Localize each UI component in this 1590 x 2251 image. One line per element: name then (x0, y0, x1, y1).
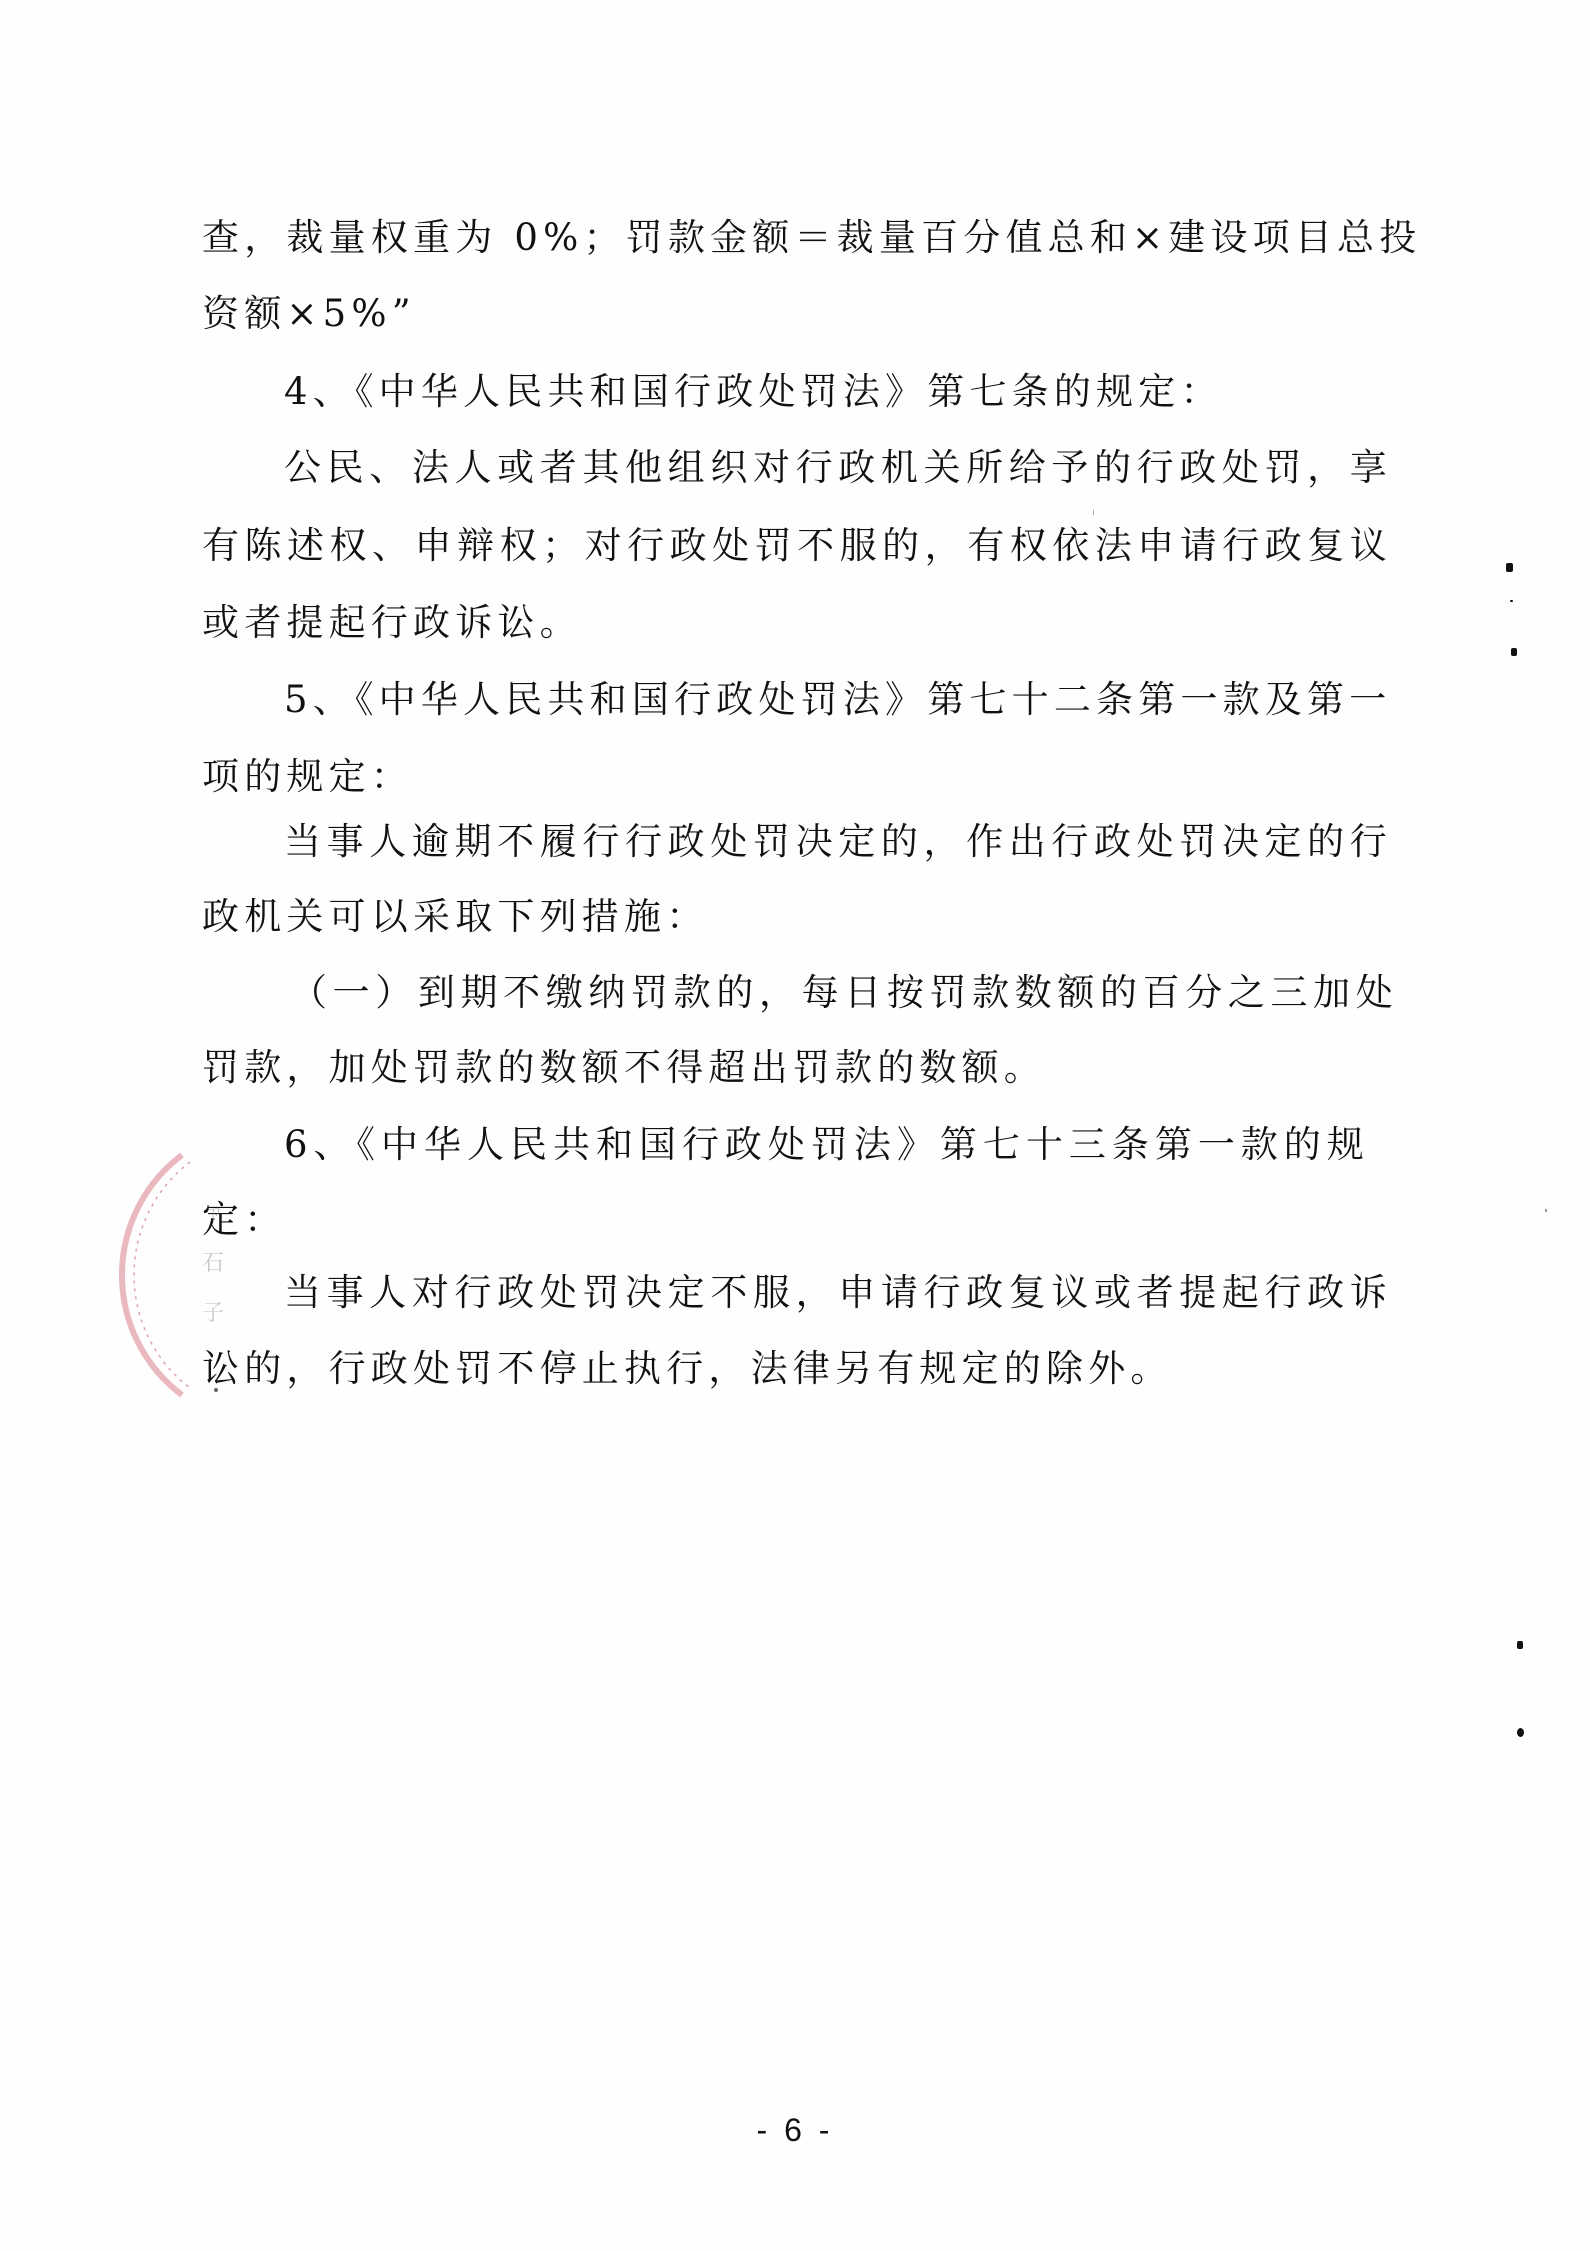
binding-mark (1511, 648, 1517, 656)
page-number: - 6 - (740, 2112, 850, 2149)
clause-5-text-line-1: 当事人逾期不履行行政处罚决定的，作出行政处罚决定的行 (284, 812, 1392, 872)
binding-mark (1517, 1728, 1524, 1737)
scan-speck (1093, 510, 1094, 515)
document-page: 查，裁量权重为 0%；罚款金额＝裁量百分值总和×建设项目总投 资额×5%” 4、… (0, 0, 1590, 2251)
svg-text:ㄗ: ㄗ (204, 1201, 224, 1225)
clause-5-heading-line-2: 项的规定： (202, 747, 1392, 807)
text-line-1: 查，裁量权重为 0%；罚款金额＝裁量百分值总和×建设项目总投 (202, 208, 1392, 268)
text-line-2: 资额×5%” (202, 284, 1392, 344)
clause-5-text-line-2: 政机关可以采取下列措施： (202, 887, 1392, 947)
clause-4-heading: 4、《中华人民共和国行政处罚法》第七条的规定： (284, 362, 1474, 422)
clause-4-text-line-3: 或者提起行政诉讼。 (202, 593, 1392, 653)
clause-4-text-line-1: 公民、法人或者其他组织对行政机关所给予的行政处罚，享 (284, 438, 1392, 498)
svg-text:石: 石 (202, 1251, 224, 1276)
clause-6-heading-line-2: 定： (202, 1190, 1392, 1250)
svg-text:子: 子 (202, 1301, 224, 1326)
clause-4-text-line-2: 有陈述权、申辩权；对行政处罚不服的，有权依法申请行政复议 (202, 516, 1392, 576)
official-seal-partial: ㄗ 石 子 (112, 1150, 252, 1400)
clause-6-text-line-2: 讼的，行政处罚不停止执行，法律另有规定的除外。 (202, 1339, 1392, 1399)
clause-5-item-1-line-2: 罚款，加处罚款的数额不得超出罚款的数额。 (202, 1038, 1392, 1098)
scan-speck (1545, 1209, 1547, 1212)
binding-mark (1506, 563, 1513, 572)
clause-5-heading-line-1: 5、《中华人民共和国行政处罚法》第七十二条第一款及第一 (284, 670, 1384, 730)
binding-mark (1517, 1641, 1523, 1649)
clause-6-heading-line-1: 6、《中华人民共和国行政处罚法》第七十三条第一款的规 (284, 1115, 1369, 1175)
clause-6-text-line-1: 当事人对行政处罚决定不服，申请行政复议或者提起行政诉 (284, 1263, 1392, 1323)
clause-5-item-1-line-1: （一）到期不缴纳罚款的，每日按罚款数额的百分之三加处 (290, 963, 1398, 1023)
binding-mark (1510, 600, 1513, 602)
